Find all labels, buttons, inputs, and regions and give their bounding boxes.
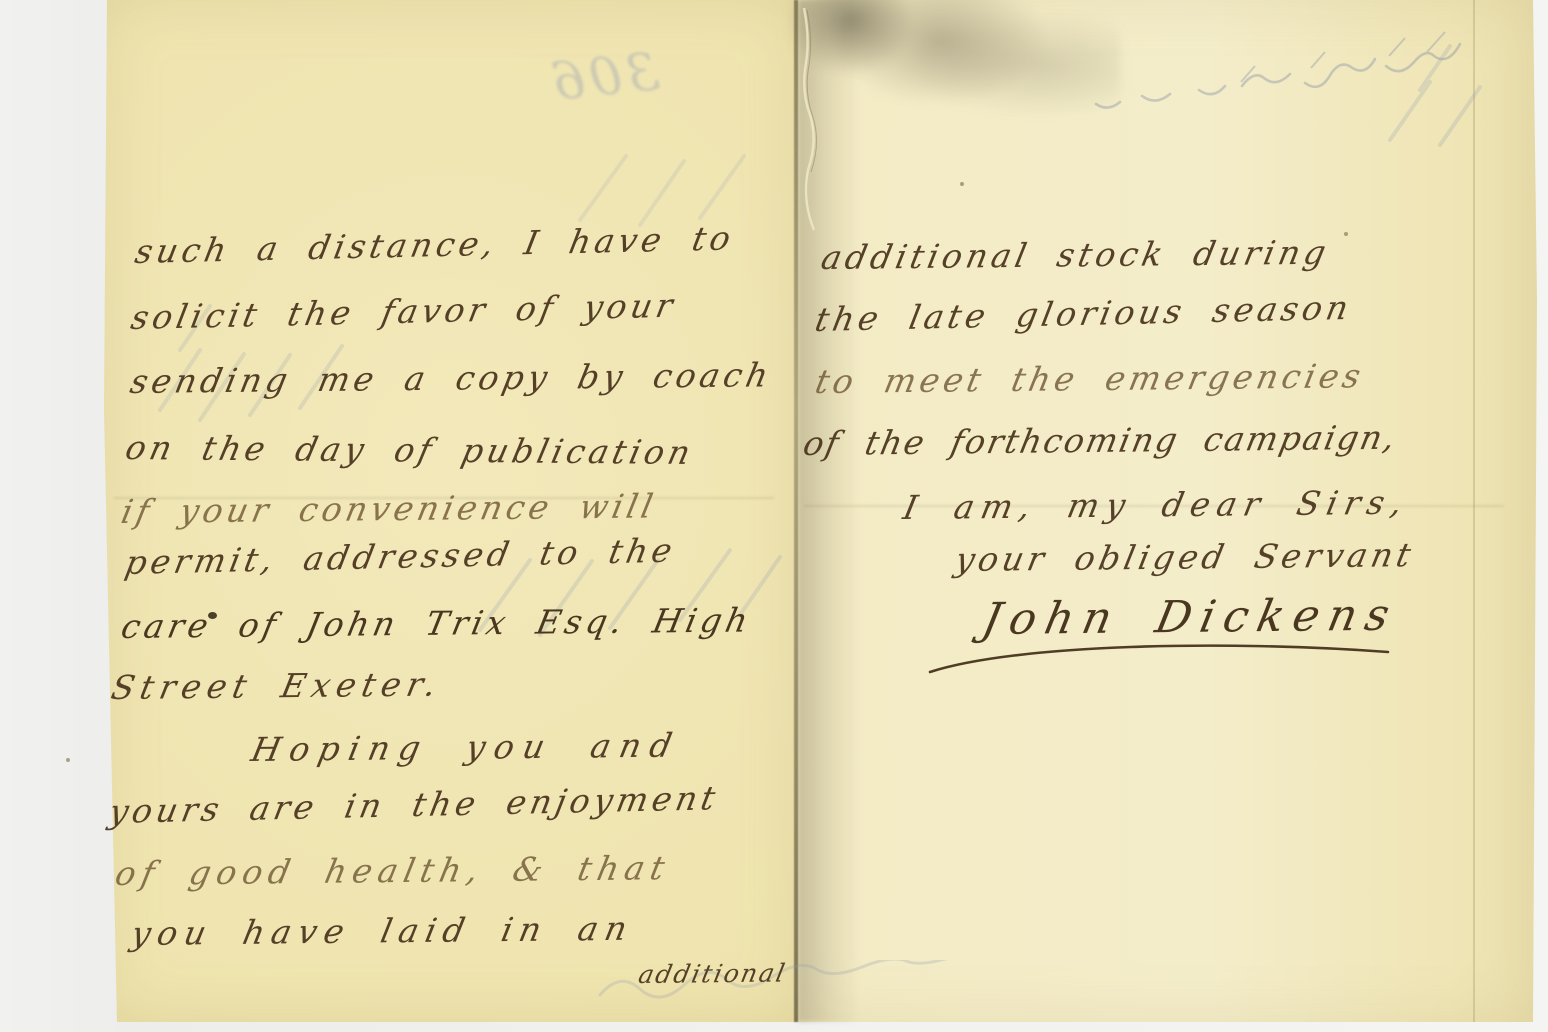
bleedthrough-number: 306 bbox=[545, 42, 662, 113]
scanned-letter: 306 such a distance, I have to solicit t… bbox=[0, 0, 1548, 1032]
tear-crack bbox=[796, 8, 836, 248]
handwriting-line: Street Exeter. bbox=[108, 665, 446, 707]
handwriting-line: care of John Trix Esq. High bbox=[118, 600, 755, 646]
handwriting-line: Hoping you and bbox=[248, 726, 684, 769]
handwriting-line: your obliged Servant bbox=[952, 535, 1418, 579]
handwriting-line: sending me a copy by coach bbox=[127, 355, 776, 401]
catchword: additional bbox=[636, 958, 789, 989]
under-sheet-edge bbox=[1473, 0, 1475, 1022]
stain-smudge bbox=[790, 0, 1120, 180]
handwriting-line: on the day of publication bbox=[122, 428, 698, 472]
handwriting-line: if your convenience will bbox=[118, 486, 660, 531]
handwriting-line: of good health, & that bbox=[112, 848, 674, 893]
handwriting-line: of the forthcoming campaign, bbox=[800, 418, 1400, 463]
paper-speck bbox=[1344, 232, 1348, 236]
signature-john-dickens: John Dickens bbox=[978, 590, 1403, 645]
paper-speck bbox=[960, 182, 964, 186]
handwriting-line: you have laid in an bbox=[128, 909, 637, 953]
paper-speck bbox=[66, 758, 70, 762]
handwriting-line: additional stock during bbox=[818, 233, 1333, 277]
handwriting-line: I am, my dear Sirs, bbox=[900, 483, 1413, 527]
handwriting-line: to meet the emergencies bbox=[812, 356, 1368, 401]
